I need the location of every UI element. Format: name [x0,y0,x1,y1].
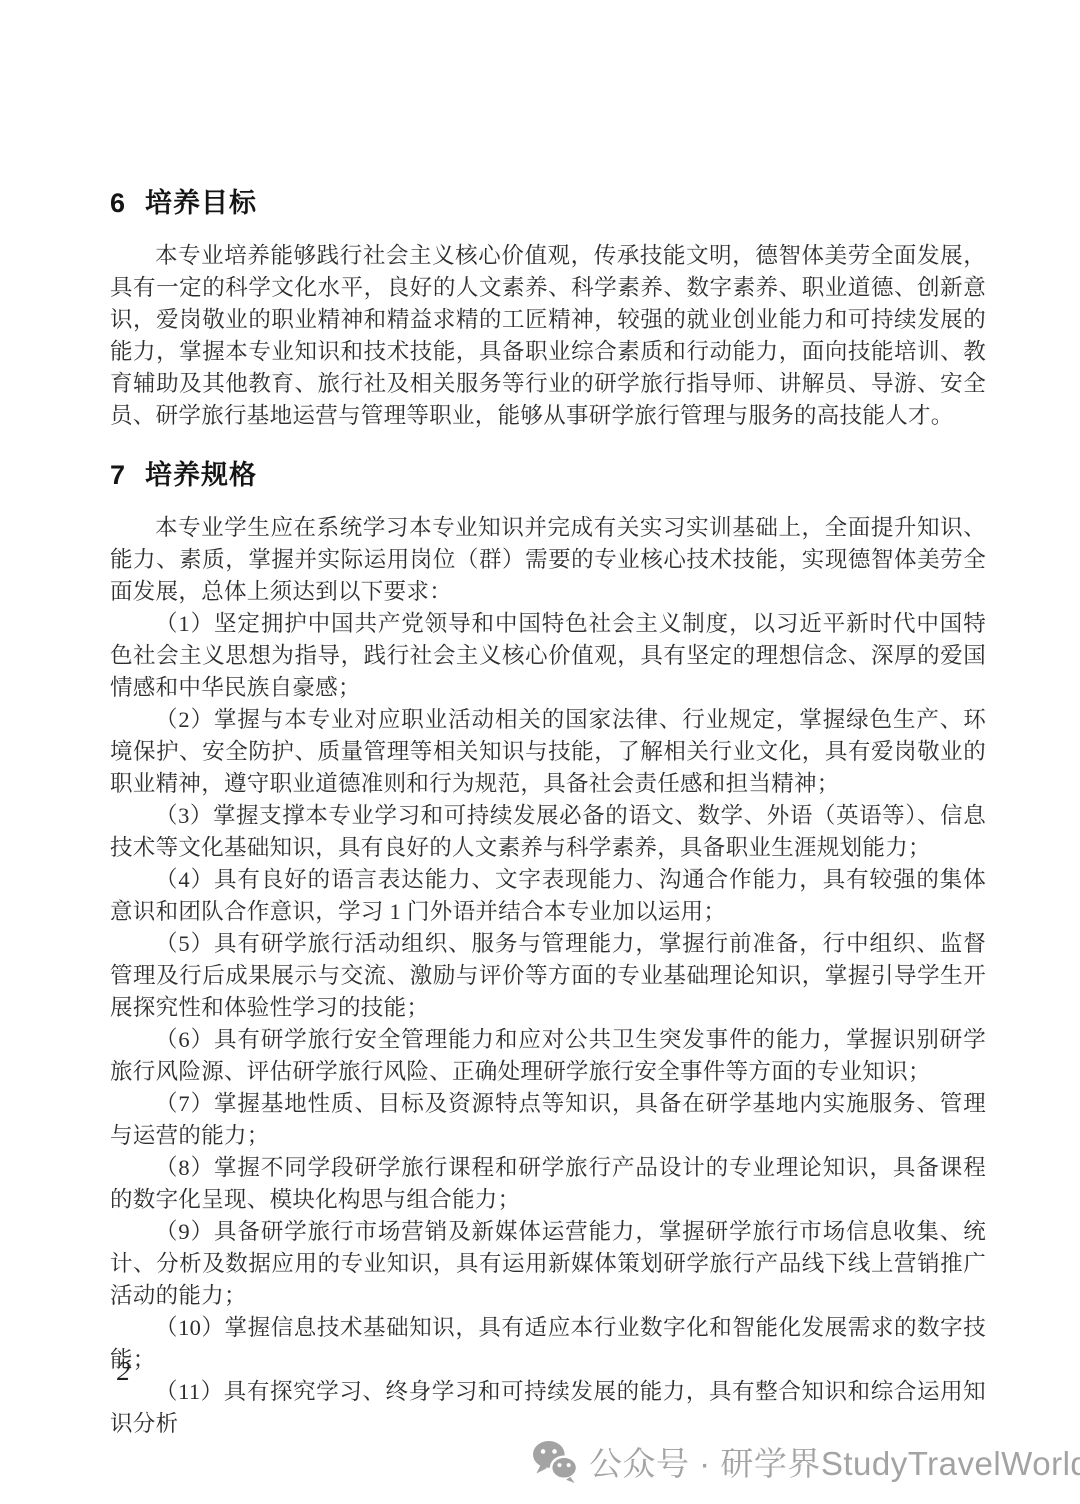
list-item-6: （6）具有研学旅行安全管理能力和应对公共卫生突发事件的能力，掌握识别研学旅行风险… [110,1024,986,1088]
section-title: 培养目标 [145,188,257,218]
list-item-8: （8）掌握不同学段研学旅行课程和研学旅行产品设计的专业理论知识，具备课程的数字化… [110,1152,986,1216]
wechat-icon [532,1440,578,1484]
section-training-specifications: 7培养规格 本专业学生应在系统学习本专业知识并完成有关实习实训基础上，全面提升知… [110,460,986,1440]
list-item-5: （5）具有研学旅行活动组织、服务与管理能力，掌握行前准备，行中组织、监督管理及行… [110,928,986,1024]
page-number: 2 [117,1356,131,1387]
list-item-10: （10）掌握信息技术基础知识，具有适应本行业数字化和智能化发展需求的数字技能； [110,1312,986,1376]
list-item-7: （7）掌握基地性质、目标及资源特点等知识，具备在研学基地内实施服务、管理与运营的… [110,1088,986,1152]
section-heading: 6培养目标 [110,188,986,218]
list-item-1: （1）坚定拥护中国共产党领导和中国特色社会主义制度，以习近平新时代中国特色社会主… [110,608,986,704]
list-item-11: （11）具有探究学习、终身学习和可持续发展的能力，具有整合知识和综合运用知识分析 [110,1376,986,1440]
paragraph: 本专业培养能够践行社会主义核心价值观，传承技能文明，德智体美劳全面发展，具有一定… [110,240,986,432]
section-title: 培养规格 [145,460,257,490]
section-heading: 7培养规格 [110,460,986,490]
paragraph: 本专业学生应在系统学习本专业知识并完成有关实习实训基础上，全面提升知识、能力、素… [110,512,986,608]
list-item-4: （4）具有良好的语言表达能力、文字表现能力、沟通合作能力，具有较强的集体意识和团… [110,864,986,928]
list-item-9: （9）具备研学旅行市场营销及新媒体运营能力，掌握研学旅行市场信息收集、统计、分析… [110,1216,986,1312]
section-training-objectives: 6培养目标 本专业培养能够践行社会主义核心价值观，传承技能文明，德智体美劳全面发… [110,188,986,432]
list-item-2: （2）掌握与本专业对应职业活动相关的国家法律、行业规定，掌握绿色生产、环境保护、… [110,704,986,800]
footer-watermark: 公众号 · 研学界StudyTravelWorld [532,1438,1080,1485]
section-number: 7 [110,460,126,490]
watermark-text: 公众号 · 研学界StudyTravelWorld [589,1438,1080,1485]
document-page: 6培养目标 本专业培养能够践行社会主义核心价值观，传承技能文明，德智体美劳全面发… [0,0,1080,1504]
document-content: 6培养目标 本专业培养能够践行社会主义核心价值观，传承技能文明，德智体美劳全面发… [110,188,986,1440]
list-item-3: （3）掌握支撑本专业学习和可持续发展必备的语文、数学、外语（英语等）、信息技术等… [110,800,986,864]
section-number: 6 [110,188,126,218]
